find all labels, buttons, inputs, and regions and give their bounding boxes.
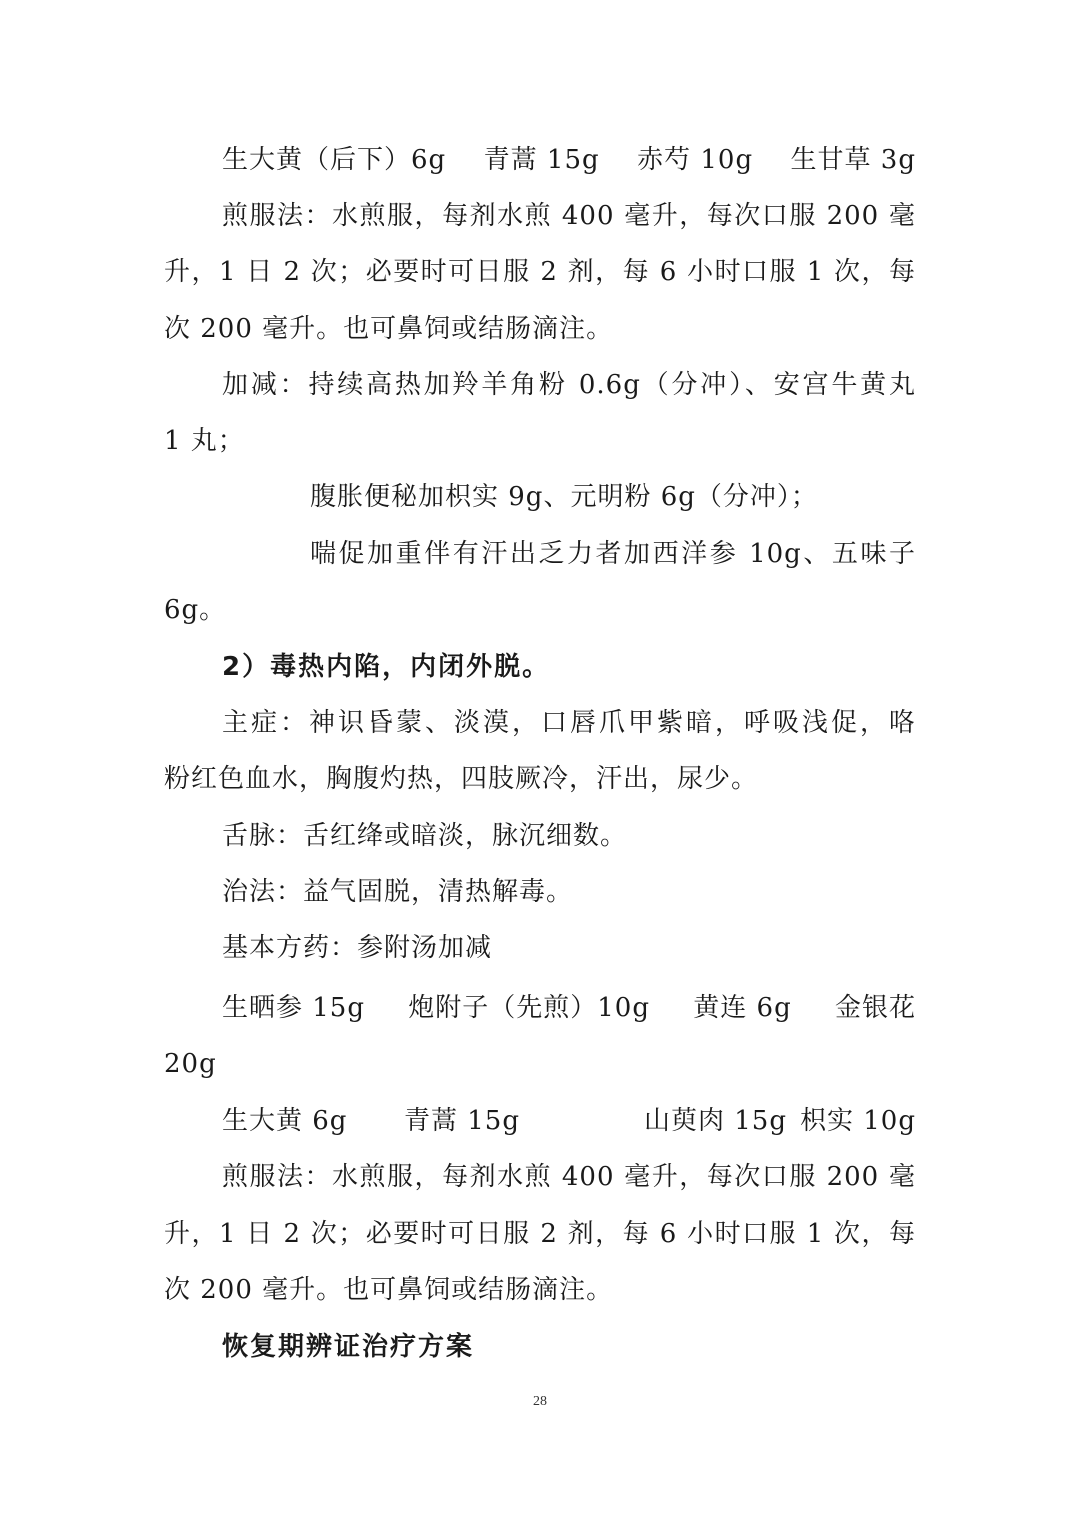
main-symptoms-text: 粉红色血水，胸腹灼热，四肢厥冷，汗出，尿少。 (164, 759, 916, 799)
herb-item: 青蒿 15g (484, 140, 600, 180)
herb-item: 青蒿 15g (404, 1101, 520, 1141)
herb-item: 枳实 10g (800, 1101, 916, 1141)
decoction-text: 次 200 毫升。也可鼻饲或结肠滴注。 (164, 309, 916, 349)
tongue-pulse-text: 舌脉：舌红绛或暗淡，脉沉细数。 (222, 816, 916, 856)
decoction-text: 次 200 毫升。也可鼻饲或结肠滴注。 (164, 1270, 916, 1310)
herb-item: 金银花 (835, 988, 916, 1028)
herb-item: 生晒参 15g (222, 988, 365, 1028)
decoction-text: 煎服法：水煎服，每剂水煎 400 毫升，每次口服 200 毫 (222, 1157, 916, 1197)
decoction-text: 煎服法：水煎服，每剂水煎 400 毫升，每次口服 200 毫 (222, 196, 916, 236)
treatment-text: 治法：益气固脱，清热解毒。 (222, 872, 916, 912)
herb-list-row: 生晒参 15g 炮附子（先煎）10g 黄连 6g 金银花 (222, 988, 916, 1028)
herb-item-wrap: 20g (164, 1044, 916, 1084)
modification-text: 6g。 (164, 590, 916, 630)
modification-text: 喘促加重伴有汗出乏力者加西洋参 10g、五味子 (310, 534, 916, 574)
document-page: 生大黄（后下）6g 青蒿 15g 赤芍 10g 生甘草 3g 煎服法：水煎服，每… (0, 0, 1080, 1526)
herb-item: 生甘草 3g (791, 140, 916, 180)
modification-text: 腹胀便秘加枳实 9g、元明粉 6g（分冲）； (310, 477, 916, 517)
section-heading: 恢复期辨证治疗方案 (222, 1327, 916, 1367)
herb-item: 黄连 6g (693, 988, 791, 1028)
section-heading: 2）毒热内陷，内闭外脱。 (222, 647, 916, 687)
modification-text: 1 丸； (164, 421, 916, 461)
basic-formula-text: 基本方药：参附汤加减 (222, 928, 916, 968)
modification-text: 加减：持续高热加羚羊角粉 0.6g（分冲）、安宫牛黄丸 (222, 365, 916, 405)
herb-list-row: 生大黄 6g 青蒿 15g 山萸肉 15g 枳实 10g (222, 1101, 916, 1141)
main-symptoms-text: 主症：神识昏蒙、淡漠，口唇爪甲紫暗，呼吸浅促，咯 (222, 703, 916, 743)
page-number: 28 (0, 1394, 1080, 1410)
herb-item: 赤芍 10g (637, 140, 753, 180)
herb-item: 生大黄 6g (222, 1101, 347, 1141)
herb-item: 炮附子（先煎）10g (408, 988, 650, 1028)
decoction-text: 升，1 日 2 次；必要时可日服 2 剂，每 6 小时口服 1 次，每 (164, 252, 916, 292)
herb-item: 生大黄（后下）6g (222, 140, 446, 180)
herb-item: 山萸肉 15g (644, 1101, 787, 1141)
herb-list-row: 生大黄（后下）6g 青蒿 15g 赤芍 10g 生甘草 3g (222, 140, 916, 180)
decoction-text: 升，1 日 2 次；必要时可日服 2 剂，每 6 小时口服 1 次，每 (164, 1214, 916, 1254)
